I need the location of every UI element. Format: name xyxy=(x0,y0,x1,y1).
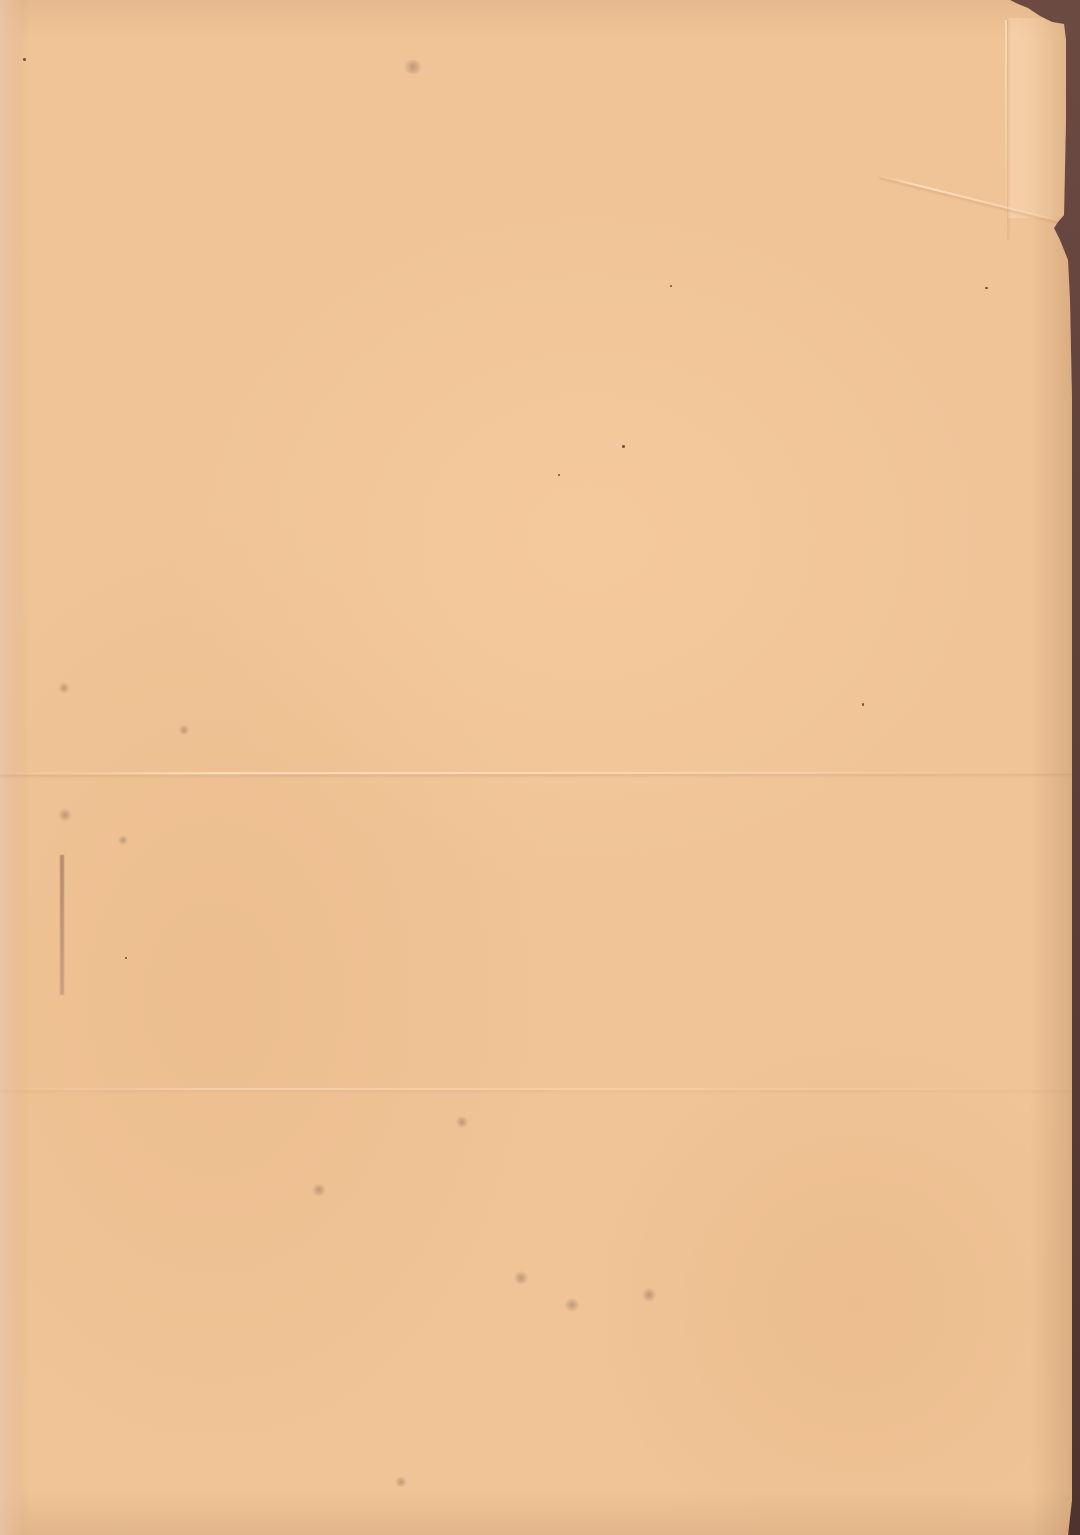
stain-spot xyxy=(641,1288,657,1302)
stain-spot xyxy=(395,1476,407,1488)
speck xyxy=(622,445,625,448)
left-edge-fade xyxy=(0,0,22,1535)
stain-spot xyxy=(312,1183,326,1197)
speck xyxy=(125,957,127,959)
stain-spot xyxy=(58,808,72,822)
speck xyxy=(558,474,560,476)
stain-spot xyxy=(564,1298,580,1312)
stain-spot xyxy=(455,1116,469,1128)
torn-corner-flap xyxy=(1008,18,1066,218)
horizontal-fold-crease xyxy=(0,772,1072,775)
stain-spot xyxy=(178,725,190,735)
stain-spot xyxy=(513,1271,529,1285)
stain-spot xyxy=(402,60,424,74)
scanned-page xyxy=(0,0,1080,1535)
speck xyxy=(23,58,26,61)
stain-spot xyxy=(58,682,70,694)
aged-paper-sheet xyxy=(0,0,1072,1535)
lower-fold-crease xyxy=(0,1088,1072,1090)
speck xyxy=(862,703,864,706)
left-edge-smudge xyxy=(60,855,64,995)
speck xyxy=(985,287,988,289)
stain-spot xyxy=(118,835,128,845)
speck xyxy=(670,285,672,287)
